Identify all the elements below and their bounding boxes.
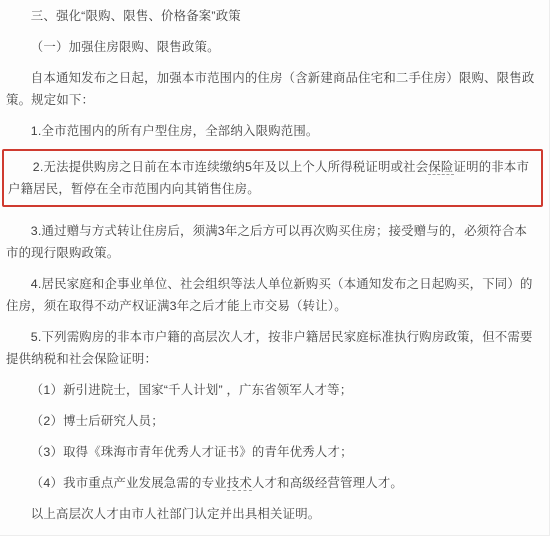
- talent-sub-item-4: （4）我市重点产业发展急需的专业技术人才和高级经营管理人才。: [6, 472, 539, 494]
- talent-sub-item-4-text-post: 人才和高级经营管理人才。: [252, 476, 403, 490]
- talent-sub-item-2: （2）博士后研究人员；: [6, 410, 539, 432]
- policy-item-3: 3.通过赠与方式转让住房后，须满3年之后方可以再次购买住房；接受赠与的，必须符合…: [6, 220, 539, 264]
- section-heading: 三、强化“限购、限售、价格备案”政策: [6, 5, 539, 27]
- talent-sub-item-1: （1）新引进院士，国家“千人计划” ，广东省领军人才等；: [6, 379, 539, 401]
- policy-item-2-underlined-term: 保险: [428, 160, 453, 175]
- talent-sub-item-3: （3）取得《珠海市青年优秀人才证书》的青年优秀人才；: [6, 441, 539, 463]
- policy-article-page: 三、强化“限购、限售、价格备案”政策 （一）加强住房限购、限售政策。 自本通知发…: [0, 0, 550, 536]
- talent-sub-item-4-underlined-term: 技术: [227, 476, 252, 491]
- closing-paragraph: 以上高层次人才由市人社部门认定并出具相关证明。: [6, 503, 539, 525]
- policy-item-2-text-pre: 2.无法提供购房之日前在本市连续缴纳5年及以上个人所得税证明或社会: [33, 160, 429, 174]
- policy-item-4: 4.居民家庭和企事业单位、社会组织等法人单位新购买（本通知发布之日起购买，下同）…: [6, 273, 539, 317]
- policy-item-5: 5.下列需购房的非本市户籍的高层次人才，按非户籍居民家庭标准执行购房政策，但不需…: [6, 326, 539, 370]
- highlight-box: 2.无法提供购房之日前在本市连续缴纳5年及以上个人所得税证明或社会保险证明的非本…: [2, 149, 543, 207]
- policy-item-2: 2.无法提供购房之日前在本市连续缴纳5年及以上个人所得税证明或社会保险证明的非本…: [8, 156, 537, 200]
- intro-paragraph: 自本通知发布之日起，加强本市范围内的住房（含新建商品住宅和二手住房）限购、限售政…: [6, 67, 539, 111]
- subsection-heading: （一）加强住房限购、限售政策。: [6, 36, 539, 58]
- talent-sub-item-4-text-pre: （4）我市重点产业发展急需的专业: [31, 476, 227, 490]
- policy-item-1: 1.全市范围内的所有户型住房，全部纳入限购范围。: [6, 120, 539, 142]
